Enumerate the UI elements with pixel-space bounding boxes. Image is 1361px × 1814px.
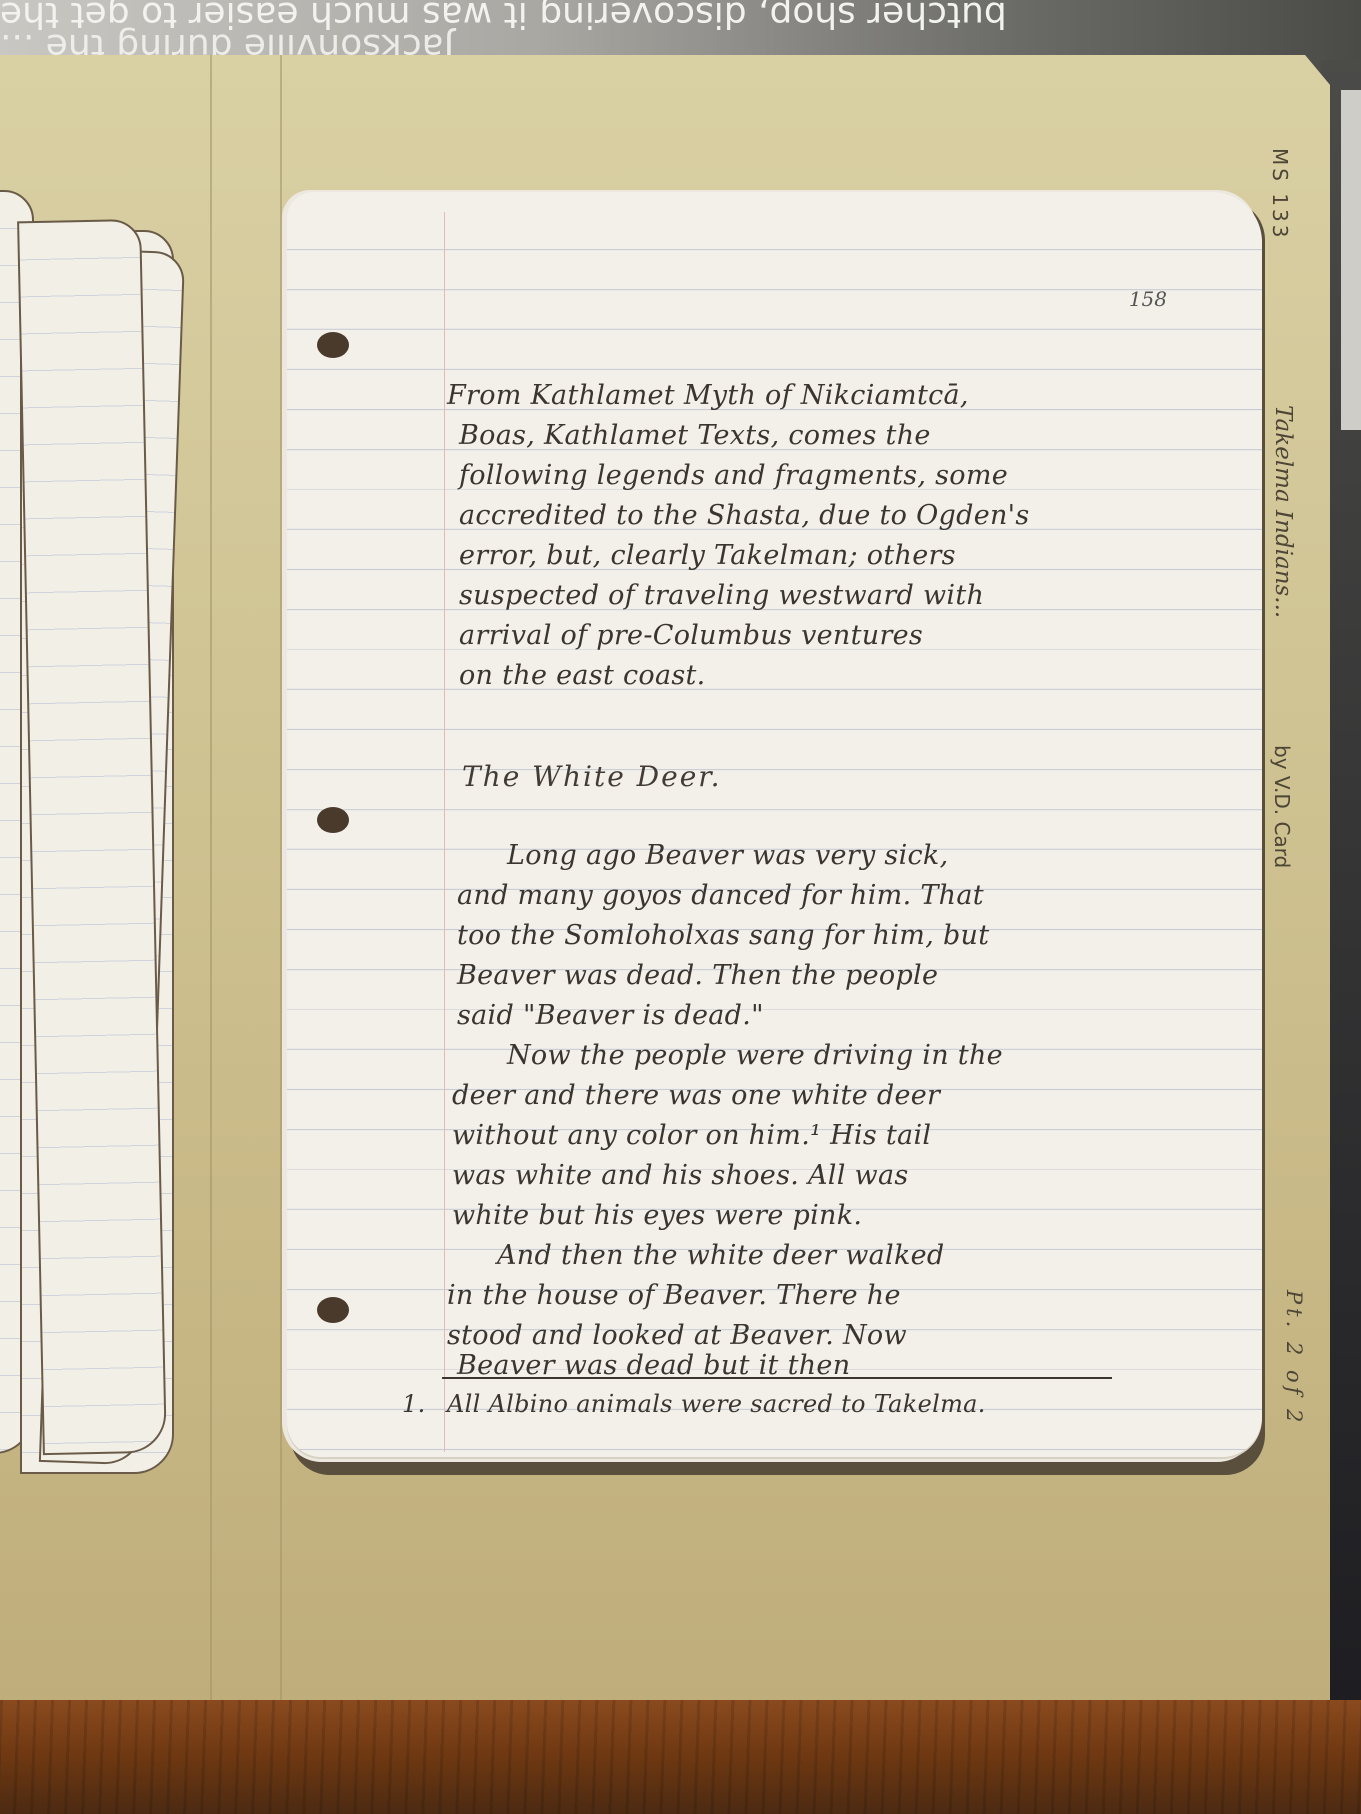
folder-title: Takelma Indians... [1270, 405, 1296, 618]
footnote-text: All Albino animals were sacred to Takelm… [447, 1390, 986, 1418]
intro-line: arrival of pre-Columbus ventures [459, 620, 923, 651]
intro-line: accredited to the Shasta, due to Ogden's [459, 500, 1030, 531]
footnote-marker: 1. [402, 1390, 426, 1418]
intro-line: From Kathlamet Myth of Nikciamtcā, [447, 380, 969, 411]
story-line: Now the people were driving in the [507, 1040, 1003, 1071]
story-line: And then the white deer walked [497, 1240, 945, 1271]
story-line: stood and looked at Beaver. Now [447, 1320, 907, 1351]
story-line: and many goyos danced for him. That [457, 880, 984, 911]
paper-stack [0, 190, 210, 1570]
intro-line: Boas, Kathlamet Texts, comes the [459, 420, 931, 451]
story-line: deer and there was one white deer [452, 1080, 940, 1111]
notebook-page: 158 From Kathlamet Myth of Nikciamtcā, B… [287, 192, 1262, 1457]
story-line: Long ago Beaver was very sick, [507, 840, 948, 871]
story-line: too the Somloholxas sang for him, but [457, 920, 989, 951]
footnote-separator [442, 1377, 1112, 1379]
story-line: without any color on him.¹ His tail [452, 1120, 931, 1151]
intro-line: on the east coast. [459, 660, 706, 691]
story-line: in the house of Beaver. There he [447, 1280, 901, 1311]
intro-line: error, but, clearly Takelman; others [459, 540, 956, 571]
folder-crease [210, 55, 212, 1705]
story-line: Beaver was dead. Then the people [457, 960, 938, 991]
story-line: was white and his shoes. All was [452, 1160, 909, 1191]
story-line: said "Beaver is dead." [457, 1000, 764, 1031]
page-number: 158 [1129, 287, 1167, 311]
intro-line: suspected of traveling westward with [459, 580, 984, 611]
story-line: white but his eyes were pink. [452, 1200, 862, 1231]
stacked-sheet [17, 219, 167, 1455]
background-light-edge [1341, 90, 1361, 430]
punch-hole [317, 807, 349, 833]
wooden-table [0, 1700, 1361, 1814]
folder-part: Pt. 2 of 2 [1282, 1290, 1306, 1426]
intro-line: following legends and fragments, some [459, 460, 1008, 491]
margin-line [444, 212, 445, 1452]
folder-ms-number: MS 133 [1268, 148, 1292, 240]
folder-author: by V.D. Card [1270, 745, 1294, 868]
punch-hole [317, 1297, 349, 1323]
punch-hole [317, 332, 349, 358]
story-title: The White Deer. [462, 760, 721, 793]
